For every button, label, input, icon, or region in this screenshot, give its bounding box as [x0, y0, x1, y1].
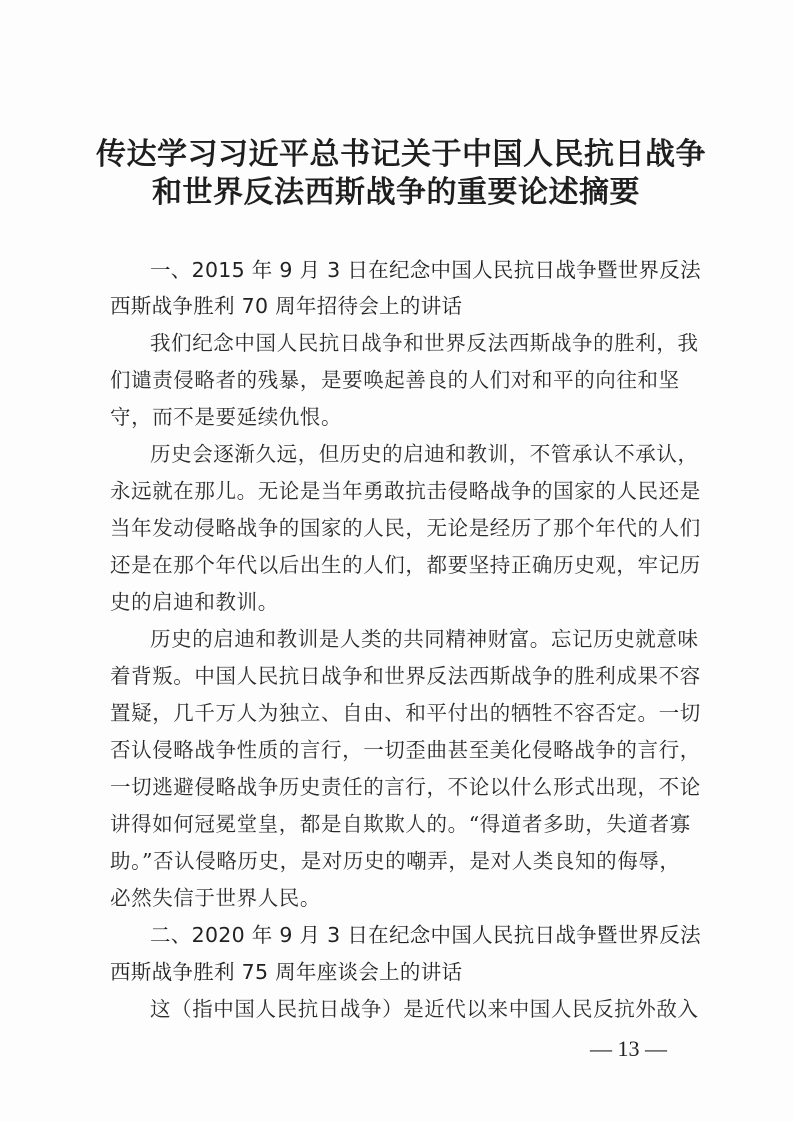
section-heading-line: 西斯战争胜利 75 周年座谈会上的讲话 — [110, 957, 462, 987]
section-heading-line: 一、2015 年 9 月 3 日在纪念中国人民抗日战争暨世界反法 — [110, 255, 701, 285]
paragraph-line: 着背叛。中国人民抗日战争和世界反法西斯战争的胜利成果不容 — [110, 661, 701, 691]
document-title: 传达学习习近平总书记关于中国人民抗日战争 和世界反法西斯战争的重要论述摘要 — [96, 136, 696, 212]
paragraph-line: 必然失信于世界人民。 — [110, 883, 321, 913]
paragraph-line: 还是在那个年代以后出生的人们，都要坚持正确历史观，牢记历 — [110, 550, 701, 580]
section-heading-line: 二、2020 年 9 月 3 日在纪念中国人民抗日战争暨世界反法 — [110, 920, 701, 950]
paragraph-line: 助。”否认侵略历史，是对历史的嘲弄，是对人类良知的侮辱， — [110, 846, 681, 876]
paragraph-line: 史的启迪和教训。 — [110, 587, 279, 617]
paragraph-line: 我们纪念中国人民抗日战争和世界反法西斯战争的胜利，我 — [110, 328, 699, 358]
paragraph-line: 否认侵略战争性质的言行，一切歪曲甚至美化侵略战争的言行， — [110, 735, 701, 765]
paragraph-line: 永远就在那儿。无论是当年勇敢抗击侵略战争的国家的人民还是 — [110, 476, 701, 506]
paragraph-line: 历史的启迪和教训是人类的共同精神财富。忘记历史就意味 — [110, 624, 699, 654]
paragraph-line: 置疑，几千万人为独立、自由、和平付出的牺牲不容否定。一切 — [110, 698, 701, 728]
paragraph-line: 守，而不是要延续仇恨。 — [110, 402, 342, 432]
paragraph-line: 历史会逐渐久远，但历史的启迪和教训，不管承认不承认， — [110, 439, 699, 469]
paragraph-line: 一切逃避侵略战争历史责任的言行，不论以什么形式出现，不论 — [110, 772, 701, 802]
title-line-1: 传达学习习近平总书记关于中国人民抗日战争 — [96, 136, 696, 174]
document-page: 传达学习习近平总书记关于中国人民抗日战争 和世界反法西斯战争的重要论述摘要 一、… — [0, 0, 793, 1122]
page-number: — 13 — — [590, 1036, 667, 1062]
title-line-2: 和世界反法西斯战争的重要论述摘要 — [96, 174, 696, 212]
section-heading-line: 西斯战争胜利 70 周年招待会上的讲话 — [110, 291, 462, 321]
paragraph-line: 这（指中国人民抗日战争）是近代以来中国人民反抗外敌入 — [110, 994, 699, 1024]
paragraph-line: 们谴责侵略者的残暴，是要唤起善良的人们对和平的向往和坚 — [110, 365, 680, 395]
paragraph-line: 当年发动侵略战争的国家的人民，无论是经历了那个年代的人们 — [110, 513, 701, 543]
paragraph-line: 讲得如何冠冕堂皇，都是自欺欺人的。“得道者多助，失道者寡 — [110, 809, 691, 839]
